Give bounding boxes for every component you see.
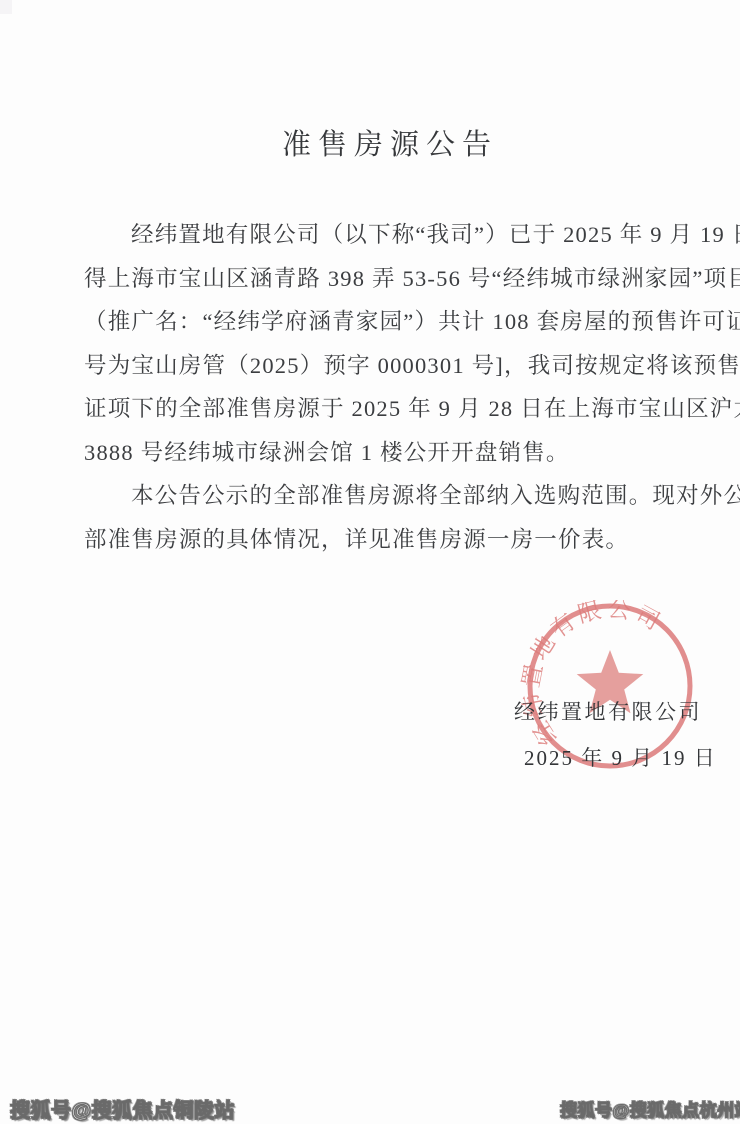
document-body: 经纬置地有限公司（以下称“我司”）已于 2025 年 9 月 19 日取 得上海… <box>84 213 662 561</box>
paragraph-line: 部准售房源的具体情况，详见准售房源一房一价表。 <box>84 518 662 562</box>
watermark-sohu-tongling: 搜狐号@搜狐焦点铜陵站 <box>10 1094 235 1123</box>
paragraph-line: 3888 号经纬城市绿洲会馆 1 楼公开开盘销售。 <box>84 431 662 475</box>
scan-artifact <box>0 0 12 14</box>
signature-date: 2025 年 9 月 19 日 <box>524 742 717 772</box>
watermark-sohu-hangzhou: 搜狐号@搜狐焦点杭州站 <box>560 1096 740 1121</box>
paragraph-line: 号为宝山房管（2025）预字 0000301 号]，我司按规定将该预售许可 <box>84 344 662 388</box>
paragraph-line: 经纬置地有限公司（以下称“我司”）已于 2025 年 9 月 19 日取 <box>84 213 662 257</box>
signature-block: 经纬置地有限公司 经纬置地有限公司 2025 年 9 月 19 日 <box>440 580 720 810</box>
signature-company: 经纬置地有限公司 <box>514 696 702 726</box>
paragraph-line: 得上海市宝山区涵青路 398 弄 53-56 号“经纬城市绿洲家园”项目 <box>84 257 662 301</box>
document-page: 准售房源公告 经纬置地有限公司（以下称“我司”）已于 2025 年 9 月 19… <box>0 0 740 1124</box>
paragraph-line: 证项下的全部准售房源于 2025 年 9 月 28 日在上海市宝山区沪太路 <box>84 387 662 431</box>
paragraph-line: （推广名：“经纬学府涵青家园”）共计 108 套房屋的预售许可证[编 <box>84 300 662 344</box>
page-title: 准售房源公告 <box>0 122 740 163</box>
paragraph-line: 本公告公示的全部准售房源将全部纳入选购范围。现对外公开全 <box>84 474 662 518</box>
